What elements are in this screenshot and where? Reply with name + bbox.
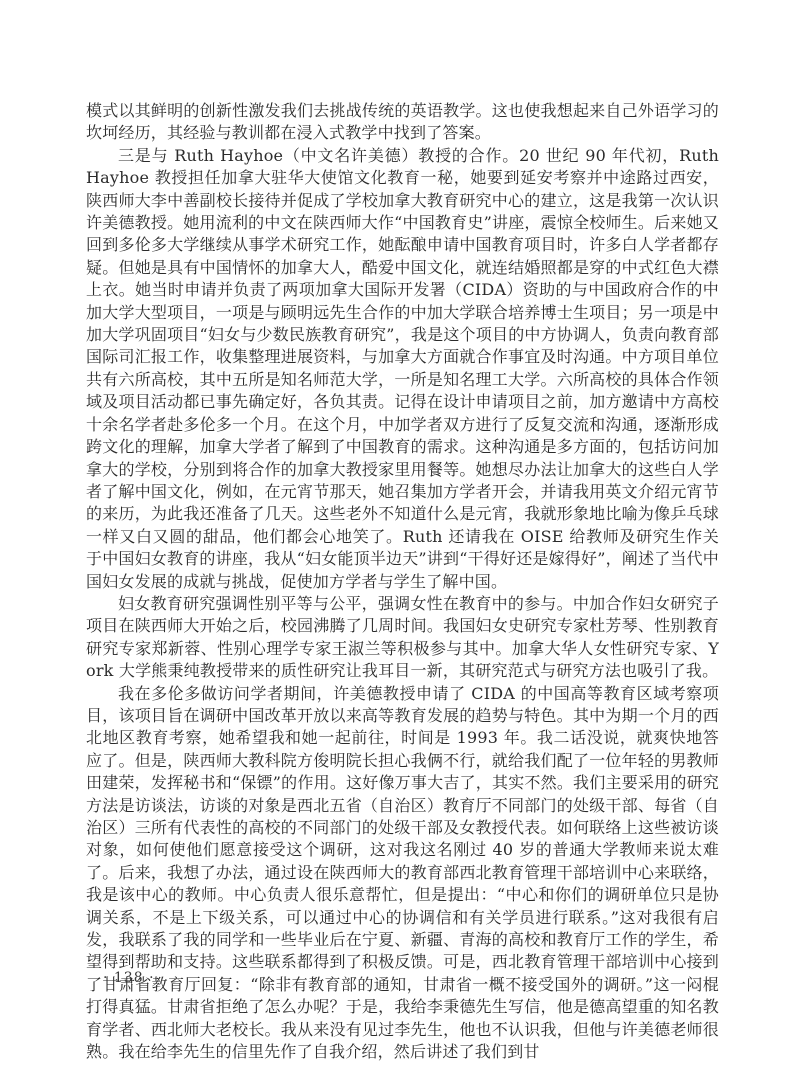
document-page: 模式以其鲜明的创新性激发我们去挑战传统的英语教学。这也使我想起来自己外语学习的坎… (0, 0, 800, 1077)
body-paragraph: 三是与 Ruth Hayhoe（中文名许美德）教授的合作。20 世纪 90 年代… (86, 145, 719, 593)
body-paragraph: 模式以其鲜明的创新性激发我们去挑战传统的英语教学。这也使我想起来自己外语学习的坎… (86, 100, 719, 145)
page-number: · 138 · (103, 969, 155, 987)
body-paragraph: 我在多伦多做访问学者期间，许美德教授申请了 CIDA 的中国高等教育区域考察项目… (86, 683, 719, 1064)
page-body-text: 模式以其鲜明的创新性激发我们去挑战传统的英语教学。这也使我想起来自己外语学习的坎… (86, 100, 719, 1063)
body-paragraph: 妇女教育研究强调性别平等与公平，强调女性在教育中的参与。中加合作妇女研究子项目在… (86, 593, 719, 683)
